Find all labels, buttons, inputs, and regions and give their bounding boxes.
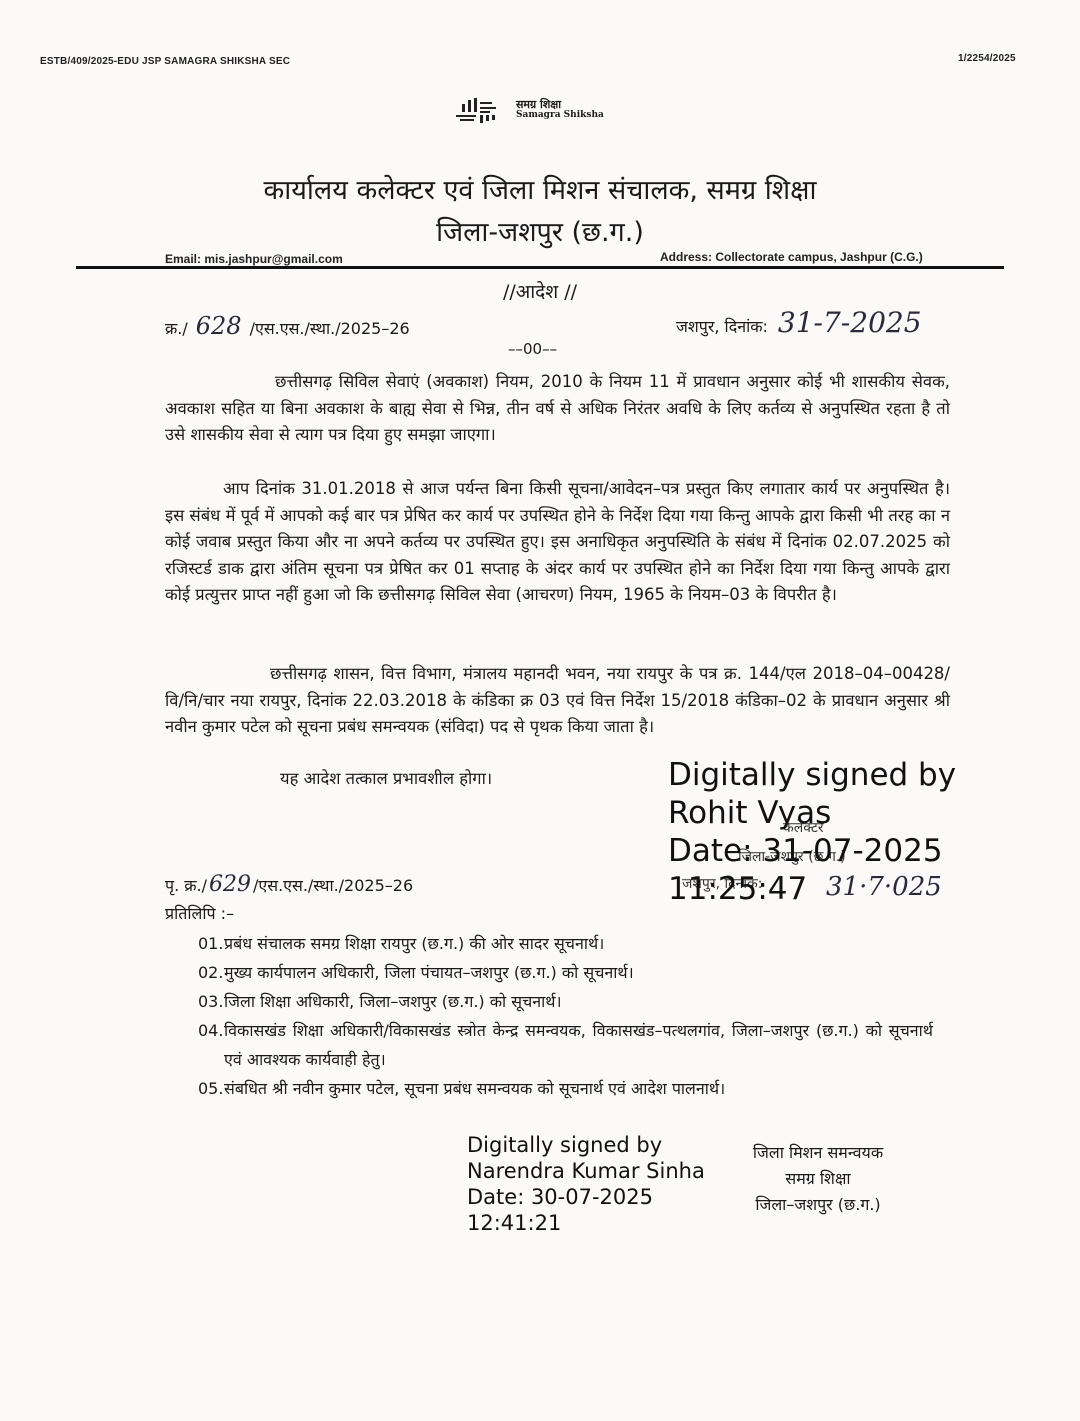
coordinator-designation: जिला मिशन समन्वयक समग्र शिक्षा जिला–जशपु… — [728, 1140, 908, 1218]
copy-recipients-list: 01. प्रबंध संचालक समग्र शिक्षा रायपुर (छ… — [198, 929, 933, 1103]
logo-text-english: Samagra Shiksha — [516, 110, 604, 121]
place-date-label: जशपुर, दिनांक: — [676, 315, 768, 337]
copy-reference: पृ. क्र./ 629 /एस.एस./स्था./2025–26 — [165, 872, 413, 897]
samagra-shiksha-logo: समग्र शिक्षा Samagra Shiksha — [452, 96, 604, 124]
order-paragraph-1: छत्तीसगढ़ सिविल सेवाएं (अवकाश) नियम, 201… — [165, 369, 950, 449]
order-ref-prefix: क्र./ — [165, 317, 188, 339]
collector-handwritten-date: 31·7·025 — [826, 872, 942, 902]
list-item: 03. जिला शिक्षा अधिकारी, जिला–जशपुर (छ.ग… — [198, 987, 933, 1016]
office-address: Address: Collectorate campus, Jashpur (C… — [660, 250, 923, 264]
digital-signature-coordinator: Digitally signed by Narendra Kumar Sinha… — [467, 1132, 705, 1236]
list-item: 04. विकासखंड शिक्षा अधिकारी/विकासखंड स्त… — [198, 1016, 933, 1074]
copy-label: प्रतिलिपि :– — [165, 902, 234, 924]
copy-ref-number: 629 — [209, 872, 251, 897]
order-place-date: जशपुर, दिनांक: 31-7-2025 — [676, 306, 922, 339]
header-divider — [76, 266, 1004, 269]
list-item: 02. मुख्य कार्यपालन अधिकारी, जिला पंचायत… — [198, 958, 933, 987]
order-reference: क्र./ 628 /एस.एस./स्था./2025–26 — [165, 312, 410, 340]
list-item: 01. प्रबंध संचालक समग्र शिक्षा रायपुर (छ… — [198, 929, 933, 958]
order-heading: //आदेश // — [0, 278, 1080, 304]
samagra-shiksha-logo-icon — [452, 96, 510, 124]
order-ref-number: 628 — [196, 312, 242, 340]
order-effective-line: यह आदेश तत्काल प्रभावशील होगा। — [280, 766, 492, 793]
file-reference-right: 1/2254/2025 — [958, 53, 1016, 64]
logo-text-hindi: समग्र शिक्षा — [516, 99, 604, 110]
list-item: 05. संबधित श्री नवीन कुमार पटेल, सूचना प… — [198, 1074, 933, 1103]
office-title: कार्यालय कलेक्टर एवं जिला मिशन संचालक, स… — [0, 170, 1080, 207]
office-email: Email: mis.jashpur@gmail.com — [165, 252, 343, 266]
office-district: जिला-जशपुर (छ.ग.) — [0, 212, 1080, 249]
order-date-handwritten: 31-7-2025 — [778, 306, 922, 339]
file-reference-left: ESTB/409/2025-EDU JSP SAMAGRA SHIKSHA SE… — [40, 56, 290, 67]
order-ref-suffix: /एस.एस./स्था./2025–26 — [250, 317, 410, 339]
order-paragraph-2: आप दिनांक 31.01.2018 से आज पर्यन्त बिना … — [165, 476, 950, 609]
order-separator: ––00–– — [508, 340, 557, 358]
order-paragraph-3: छत्तीसगढ़ शासन, वित्त विभाग, मंत्रालय मह… — [165, 661, 950, 741]
